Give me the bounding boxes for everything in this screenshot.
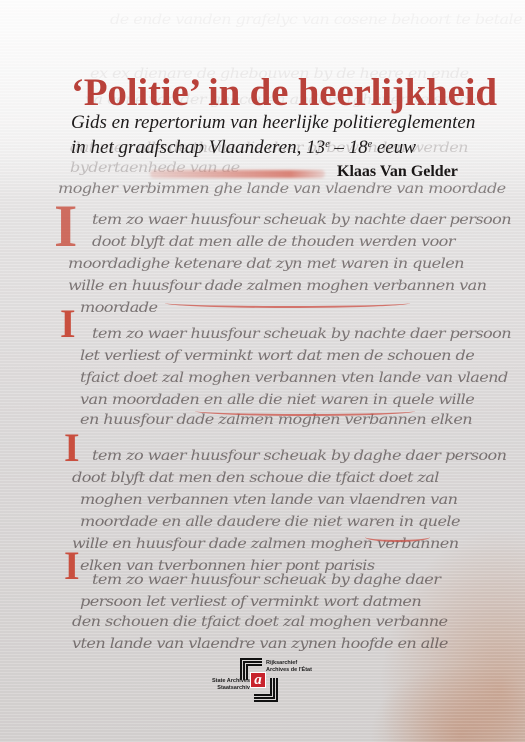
logo-label: Staatsarchiv bbox=[212, 685, 250, 692]
red-flourish bbox=[165, 298, 410, 308]
manuscript-line: persoon let verliest of verminkt wort da… bbox=[80, 594, 421, 610]
red-flourish bbox=[365, 532, 430, 542]
red-flourish bbox=[195, 406, 415, 416]
manuscript-line: doot blyft dat men alle de thouden werde… bbox=[92, 234, 455, 250]
manuscript-line: tem zo waer huusfour scheuak by daghe da… bbox=[92, 448, 506, 464]
subtitle-line-2: in het graafschap Vlaanderen, 13e – 18e … bbox=[71, 134, 475, 159]
author-name: Klaas Van Gelder bbox=[337, 163, 458, 181]
manuscript-line: moordade en alle daudere die niet waren … bbox=[80, 514, 460, 530]
subtitle-text: eeuw bbox=[372, 137, 416, 158]
logo-label: State Archives bbox=[212, 678, 250, 685]
red-brush-stroke bbox=[150, 170, 325, 178]
manuscript-line: wille en huusfour dade zalmen moghen ver… bbox=[68, 278, 486, 294]
manuscript-line: moordade bbox=[80, 300, 157, 316]
logo-label: Rijksarchief bbox=[266, 660, 312, 667]
subtitle-text: – 18 bbox=[330, 137, 368, 158]
state-archives-logo: a Rijksarchief Archives de l'État State … bbox=[238, 656, 318, 700]
manuscript-line: moordadighe ketenare dat zyn met waren i… bbox=[68, 256, 464, 272]
subtitle-text: in het graafschap Vlaanderen, 13 bbox=[71, 137, 325, 158]
decorated-initial: I bbox=[54, 196, 77, 256]
manuscript-line: tem zo waer huusfour scheuak by nachte d… bbox=[92, 326, 511, 342]
logo-text-left: State Archives Staatsarchiv bbox=[212, 678, 250, 692]
logo-label: Archives de l'État bbox=[266, 667, 312, 674]
book-title: ‘Politie’ in de heerlijkheid bbox=[71, 73, 497, 112]
book-subtitle: Gids en repertorium van heerlijke politi… bbox=[71, 112, 475, 159]
book-cover: de ende vanden grafelyc van cosene behoo… bbox=[0, 0, 525, 742]
decorated-initial: I bbox=[60, 304, 76, 344]
manuscript-line: doot blyft dat men den schoue die tfaict… bbox=[72, 470, 439, 486]
decorated-initial: I bbox=[64, 546, 80, 586]
decorated-initial: I bbox=[64, 428, 80, 468]
subtitle-line-1: Gids en repertorium van heerlijke politi… bbox=[71, 112, 475, 134]
manuscript-line: vten lande van vlaendre van zynen hoofde… bbox=[72, 636, 448, 652]
archives-a-icon: a bbox=[250, 672, 266, 688]
manuscript-line: den schouen die tfaict doet zal moghen v… bbox=[72, 614, 448, 630]
manuscript-line: tem zo waer huusfour scheuak by nachte d… bbox=[92, 212, 511, 228]
manuscript-line: moghen verbannen vten lande van vlaendre… bbox=[80, 492, 457, 508]
manuscript-line: let verliest of verminkt wort dat men de… bbox=[80, 348, 474, 364]
logo-text-right: Rijksarchief Archives de l'État bbox=[266, 660, 312, 674]
manuscript-line: tfaict doet zal moghen verbannen vten la… bbox=[80, 370, 508, 386]
manuscript-line: tem zo waer huusfour scheuak by daghe da… bbox=[92, 572, 440, 588]
